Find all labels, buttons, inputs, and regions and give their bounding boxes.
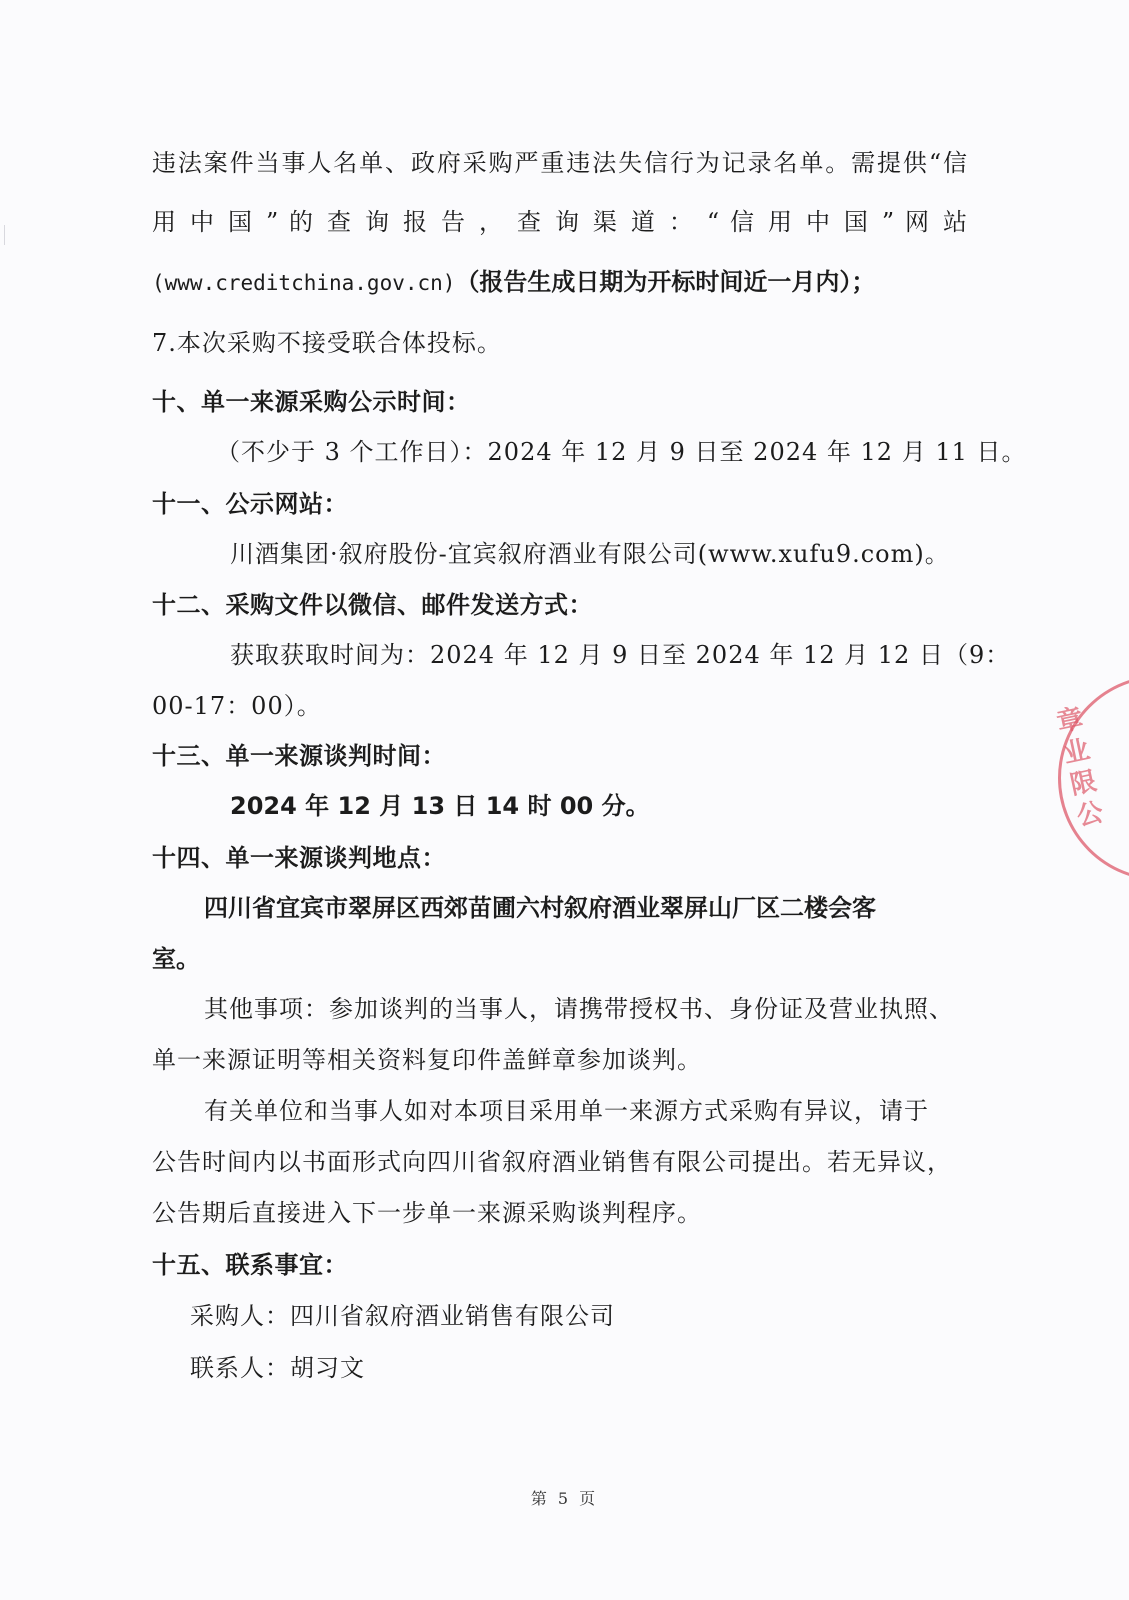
other-matters-line-1: 其他事项：参加谈判的当事人，请携带授权书、身份证及营业执照、 [204,993,954,1025]
page-number: 第 5 页 [0,1486,1129,1509]
paragraph-line: 7.本次采购不接受联合体投标。 [152,327,502,359]
acquisition-time-line-1: 获取获取时间为：2024 年 12 月 9 日至 2024 年 12 月 12 … [230,639,1010,671]
section-heading-negotiation-location: 十四、单一来源谈判地点： [152,842,446,874]
report-date-note: （报告生成日期为开标时间近一月内）； [455,268,875,296]
negotiation-location-line-2: 室。 [152,943,200,975]
section-heading-website: 十一、公示网站： [152,488,348,520]
paragraph-line: (www.creditchina.gov.cn)（报告生成日期为开标时间近一月内… [152,266,875,299]
section-heading-publicity-time: 十、单一来源采购公示时间： [152,386,471,418]
credit-china-url: (www.creditchina.gov.cn) [152,271,455,295]
publicity-website: 川酒集团·叙府股份-宜宾叙府酒业有限公司(www.xufu9.com)。 [230,538,950,570]
objection-line-3: 公告期后直接进入下一步单一来源采购谈判程序。 [152,1197,702,1229]
negotiation-time: 2024 年 12 月 13 日 14 时 00 分。 [230,790,650,822]
scan-edge-mark [4,225,5,245]
section-heading-document-delivery: 十二、采购文件以微信、邮件发送方式： [152,589,593,621]
purchaser: 采购人：四川省叙府酒业销售有限公司 [190,1300,615,1332]
objection-line-2: 公告时间内以书面形式向四川省叙府酒业销售有限公司提出。若无异议， [152,1146,952,1178]
document-page: 违法案件当事人名单、政府采购严重违法失信行为记录名单。需提供“信 用 中 国 ”… [0,0,1129,1600]
section-heading-contact: 十五、联系事宜： [152,1249,348,1281]
section-heading-negotiation-time: 十三、单一来源谈判时间： [152,740,446,772]
paragraph-line: 用 中 国 ” 的 查 询 报 告 ， 查 询 渠 道 ： “ 信 用 中 国 … [152,206,967,238]
publicity-period: （不少于 3 个工作日）：2024 年 12 月 9 日至 2024 年 12 … [216,436,1027,468]
other-matters-line-2: 单一来源证明等相关资料复印件盖鲜章参加谈判。 [152,1044,702,1076]
acquisition-time-line-2: 00-17：00）。 [152,690,322,722]
negotiation-location-line-1: 四川省宜宾市翠屏区西郊苗圃六村叙府酒业翠屏山厂区二楼会客 [204,892,876,924]
objection-line-1: 有关单位和当事人如对本项目采用单一来源方式采购有异议，请于 [204,1095,929,1127]
paragraph-line: 违法案件当事人名单、政府采购严重违法失信行为记录名单。需提供“信 [152,147,967,179]
contact-person: 联系人：胡习文 [190,1352,365,1384]
